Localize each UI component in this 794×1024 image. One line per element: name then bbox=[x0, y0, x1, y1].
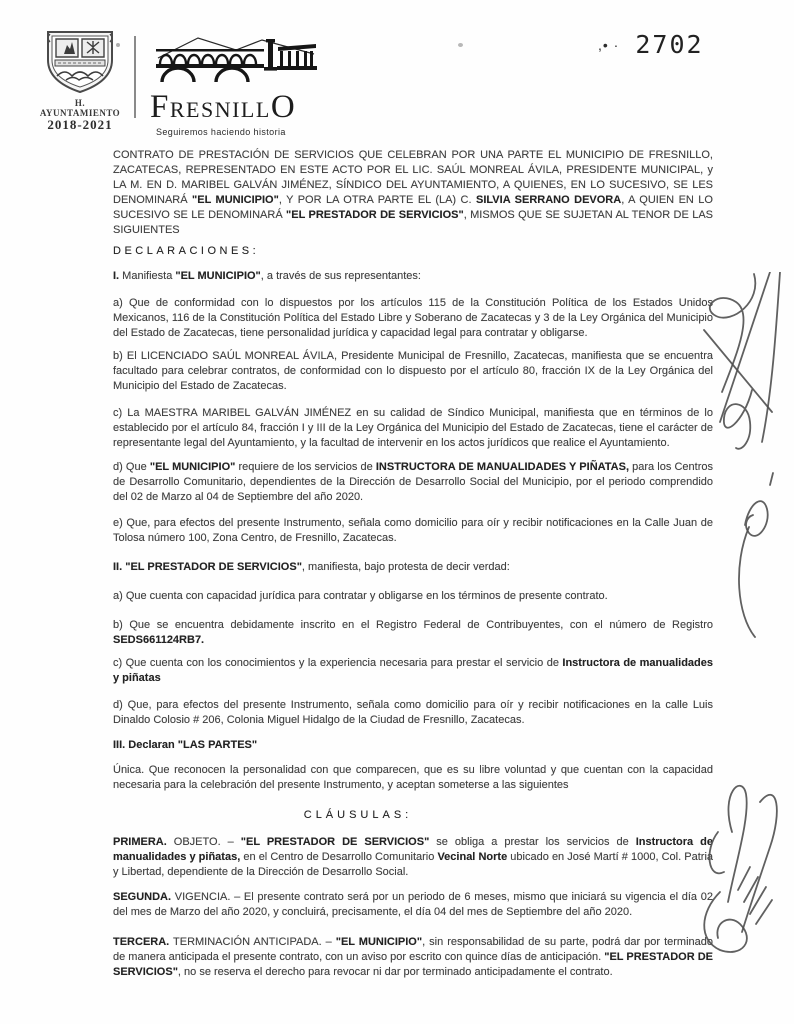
ink-marks: ,• · bbox=[598, 37, 619, 53]
logo-tagline: Seguiremos haciendo historia bbox=[150, 127, 322, 137]
declaraciones-heading: DECLARACIONES: bbox=[113, 244, 713, 259]
folio-number: 2702 bbox=[635, 30, 703, 59]
wordmark-final: O bbox=[271, 89, 296, 125]
clause-primera: PRIMERA. OBJETO. – "EL PRESTADOR DE SERV… bbox=[113, 835, 713, 880]
crest-caption: H. AYUNTAMIENTO bbox=[38, 98, 122, 118]
crest-years: 2018-2021 bbox=[38, 118, 122, 131]
fresnillo-logo: FRESNILLO Seguiremos haciendo historia bbox=[150, 34, 322, 137]
ink-speck bbox=[116, 43, 120, 47]
declaration-iii-unica: Única. Que reconocen la personalidad con… bbox=[113, 763, 713, 793]
contract-page: H. AYUNTAMIENTO 2018-2021 FRESNILLO Segu… bbox=[0, 0, 794, 1024]
declaration-ii-item-d: d) Que, para efectos del presente Instru… bbox=[113, 698, 713, 728]
declaration-i-item-d: d) Que "EL MUNICIPIO" requiere de los se… bbox=[113, 460, 713, 505]
signature-scribble-1 bbox=[692, 272, 792, 467]
declaration-i-item-b: b) El LICENCIADO SAÚL MONREAL ÁVILA, Pre… bbox=[113, 349, 713, 394]
declaration-i-heading: I. Manifiesta "EL MUNICIPIO", a través d… bbox=[113, 269, 713, 284]
clausulas-heading: CLÁUSULAS: bbox=[113, 808, 603, 823]
declaration-ii-item-a: a) Que cuenta con capacidad jurídica par… bbox=[113, 589, 713, 604]
clause-tercera: TERCERA. TERMINACIÓN ANTICIPADA. – "EL M… bbox=[113, 935, 713, 980]
coat-of-arms-icon bbox=[42, 28, 118, 96]
header-divider bbox=[134, 36, 136, 118]
declaration-ii-item-b: b) Que se encuentra debidamente inscrito… bbox=[113, 618, 713, 648]
declaration-i-item-c: c) La MAESTRA MARIBEL GALVÁN JIMÉNEZ en … bbox=[113, 406, 713, 451]
folio-number-block: ,• · 2702 bbox=[598, 30, 704, 59]
fresnillo-wordmark: FRESNILLO bbox=[150, 92, 322, 128]
declaration-iii-heading: III. Declaran "LAS PARTES" bbox=[113, 738, 713, 753]
declaration-i-item-a: a) Que de conformidad con lo dispuestos … bbox=[113, 296, 713, 341]
ink-speck bbox=[458, 43, 463, 47]
wordmark-middle: RESNILL bbox=[170, 97, 271, 122]
contract-intro: CONTRATO DE PRESTACIÓN DE SERVICIOS QUE … bbox=[113, 148, 713, 238]
declaration-ii-item-c: c) Que cuenta con los conocimientos y la… bbox=[113, 656, 713, 686]
declaration-i-item-e: e) Que, para efectos del presente Instru… bbox=[113, 516, 713, 546]
clause-segunda: SEGUNDA. VIGENCIA. – El presente contrat… bbox=[113, 890, 713, 920]
signature-scribble-3 bbox=[690, 772, 790, 967]
contract-body: CONTRATO DE PRESTACIÓN DE SERVICIOS QUE … bbox=[113, 148, 713, 980]
municipal-crest: H. AYUNTAMIENTO 2018-2021 bbox=[38, 28, 122, 131]
wordmark-initial: F bbox=[150, 89, 170, 125]
monument-bridge-icon bbox=[150, 34, 322, 86]
declaration-ii-heading: II. "EL PRESTADOR DE SERVICIOS", manifie… bbox=[113, 560, 713, 575]
signature-scribble-2 bbox=[715, 465, 790, 645]
